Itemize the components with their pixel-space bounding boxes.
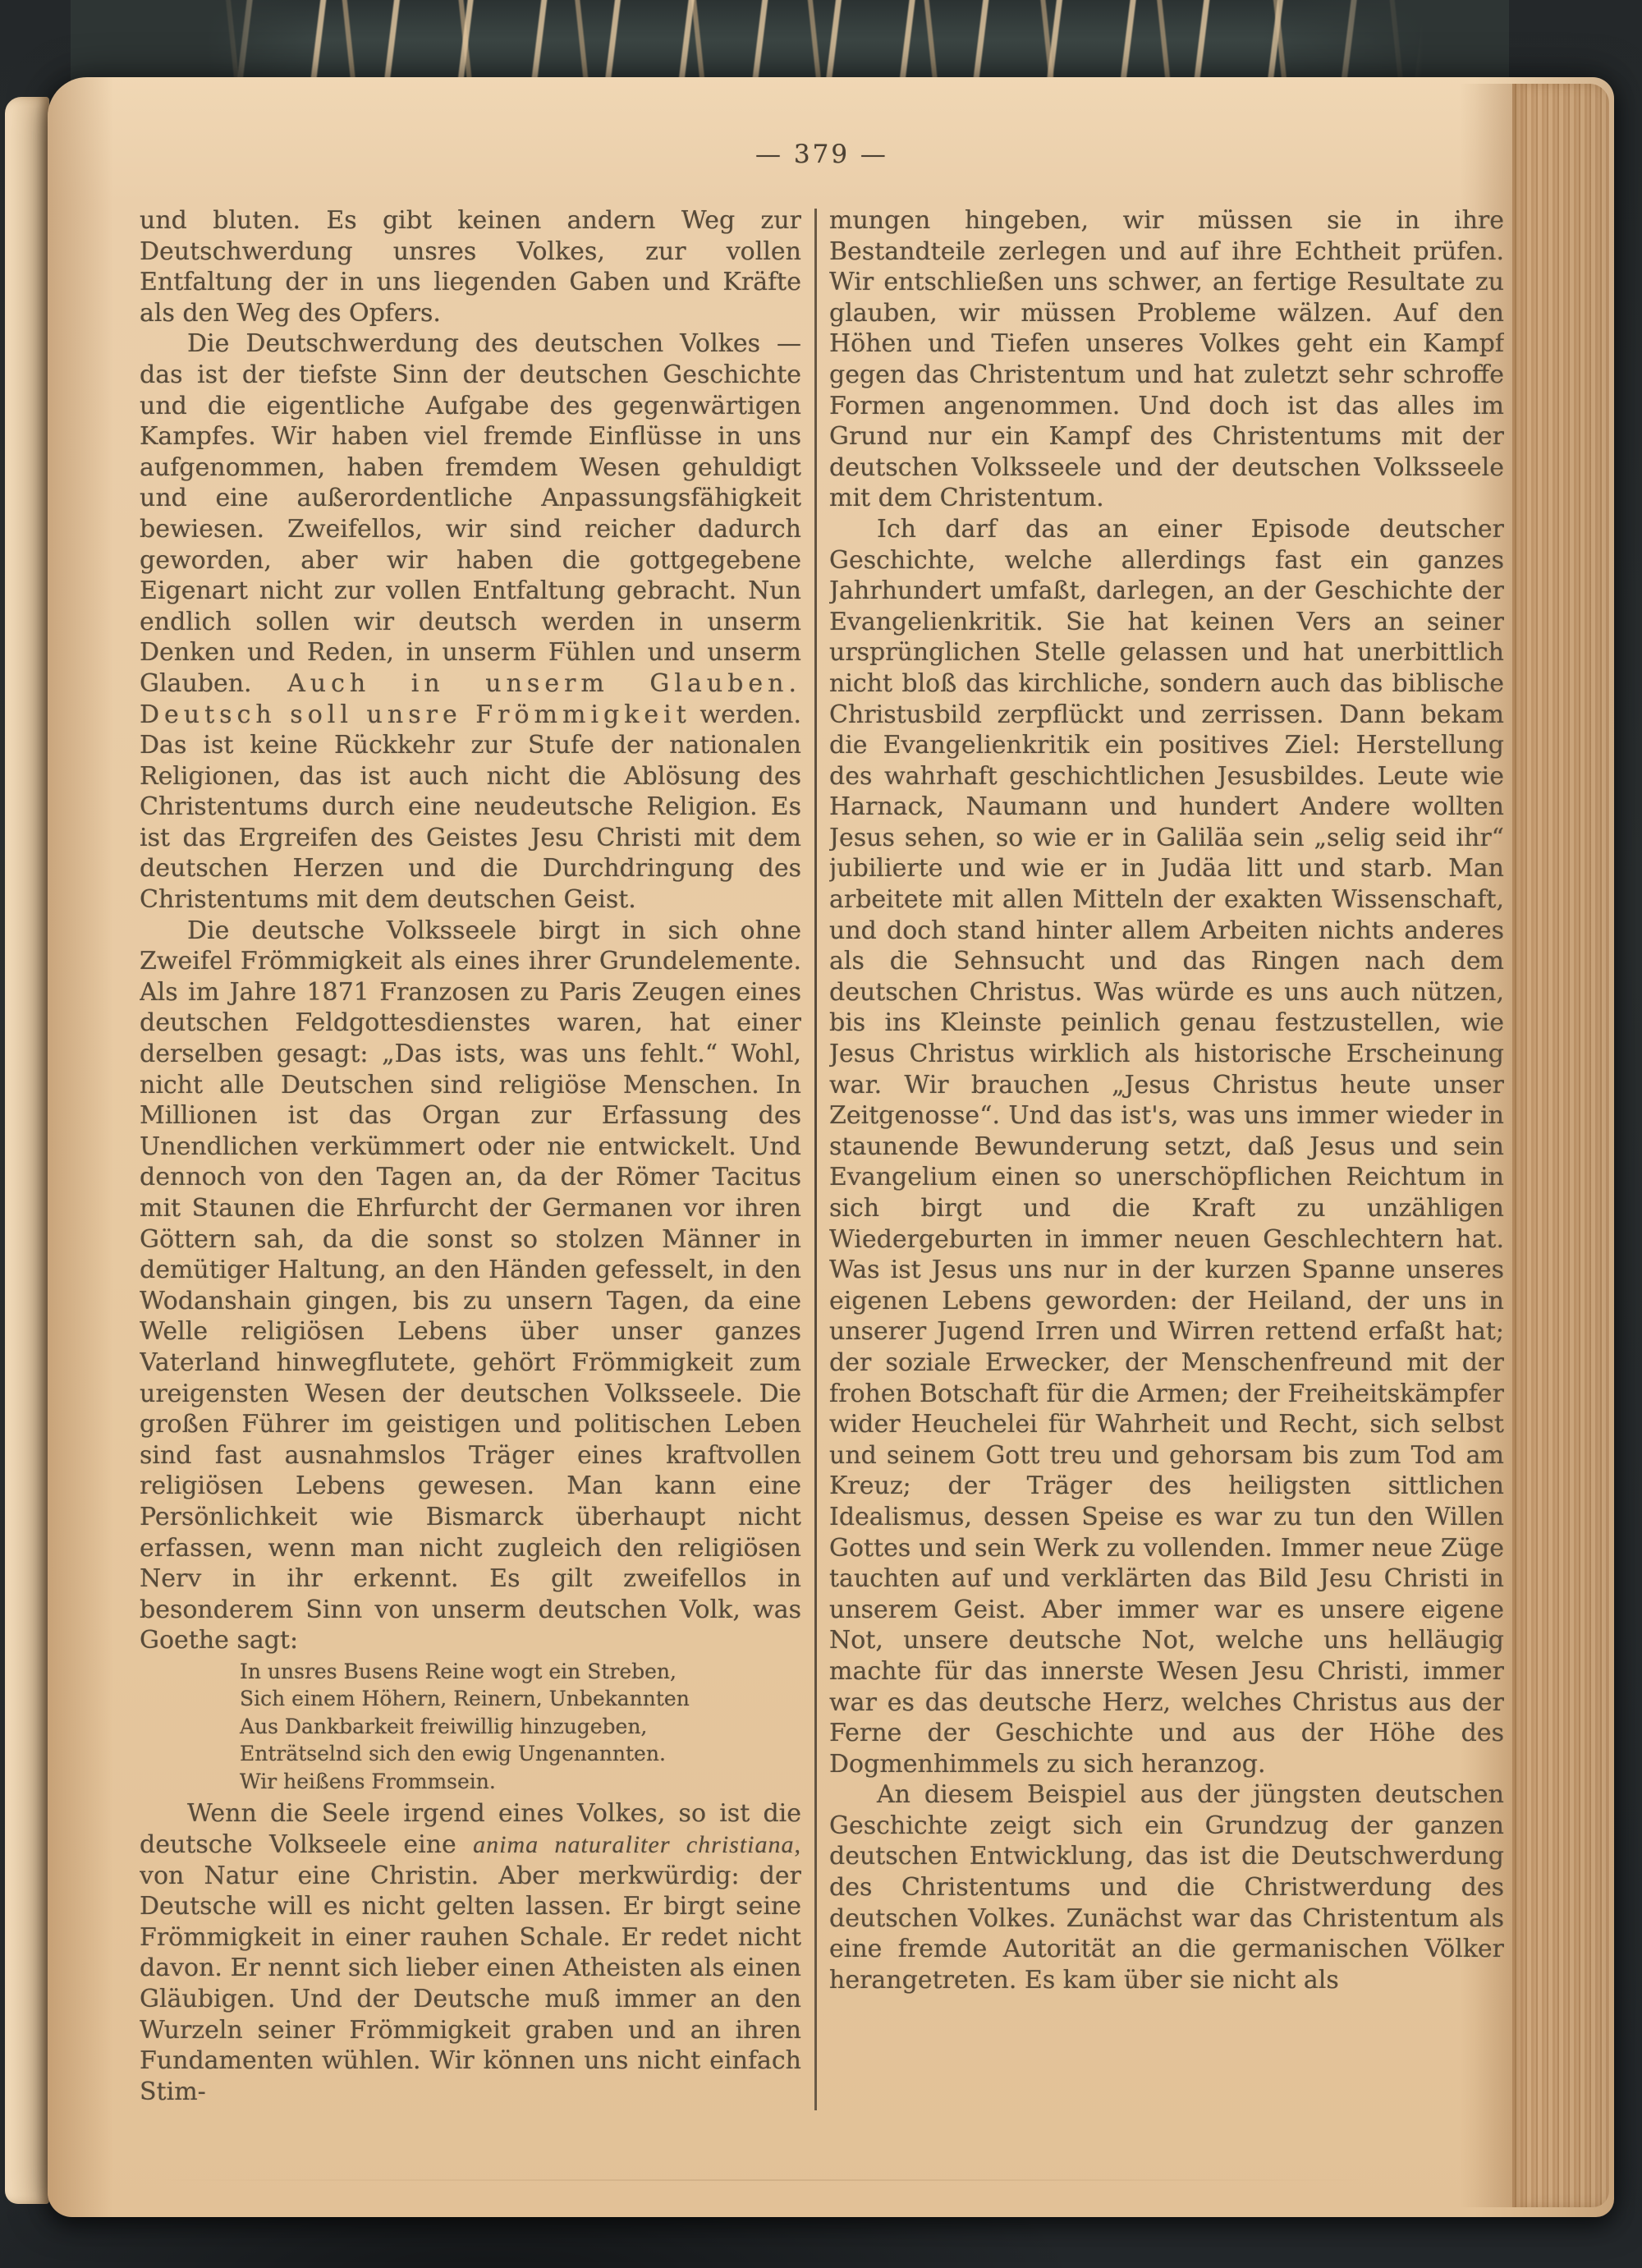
paragraph: An diesem Beispiel aus der jüngsten deut… <box>829 1779 1504 1995</box>
left-column: und bluten. Es gibt keinen andern Weg zu… <box>140 205 801 2112</box>
text-segment: mungen hingeben, wir müssen sie in ihre … <box>829 206 1504 512</box>
paragraph: Ich darf das an einer Episode deutscher … <box>829 514 1504 1779</box>
top-edge-shadow-right <box>1263 0 1509 87</box>
page-stack-fore-edge <box>1512 84 1609 2207</box>
page-number: — 379 — <box>674 140 970 169</box>
text-segment: Die Deutschwerdung des deutschen Volkes … <box>140 329 801 698</box>
verse-block: In unsres Busens Reine wogt ein Streben,… <box>240 1658 801 1796</box>
text-columns: und bluten. Es gibt keinen andern Weg zu… <box>140 205 1504 2112</box>
paragraph: und bluten. Es gibt keinen andern Weg zu… <box>140 205 801 328</box>
book-page: — 379 — und bluten. Es gibt keinen ander… <box>48 77 1614 2217</box>
text-segment: anima naturaliter christiana, <box>473 1831 801 1858</box>
paragraph: Wenn die Seele irgend eines Volkes, so i… <box>140 1798 801 2107</box>
verse-line: Wir heißens Frommsein. <box>240 1768 801 1796</box>
paragraph: Die deutsche Volksseele birgt in sich oh… <box>140 916 801 1656</box>
text-segment: Die deutsche Volksseele birgt in sich oh… <box>140 916 801 1655</box>
top-edge-shadow-left <box>71 0 317 87</box>
text-segment: Ich darf das an einer Episode deutscher … <box>829 515 1504 1779</box>
text-segment: werden. Das ist keine Rückkehr zur Stufe… <box>140 700 801 915</box>
text-segment: und bluten. Es gibt keinen andern Weg zu… <box>140 206 801 328</box>
verse-line: Sich einem Höhern, Reinern, Unbekannten <box>240 1685 801 1713</box>
previous-page-sliver <box>5 97 49 2204</box>
verse-line: In unsres Busens Reine wogt ein Streben, <box>240 1658 801 1686</box>
book-top-edge-marbling <box>71 0 1509 87</box>
paragraph: mungen hingeben, wir müssen sie in ihre … <box>829 205 1504 514</box>
printed-text-area: — 379 — und bluten. Es gibt keinen ander… <box>140 128 1504 2197</box>
right-column: mungen hingeben, wir müssen sie in ihre … <box>829 205 1504 2112</box>
verse-line: Enträtselnd sich den ewig Ungenannten. <box>240 1740 801 1768</box>
paragraph: Die Deutschwerdung des deutschen Volkes … <box>140 328 801 915</box>
text-segment: An diesem Beispiel aus der jüngsten deut… <box>829 1780 1504 1995</box>
text-segment: von Natur eine Christin. Aber merkwürdig… <box>140 1862 801 2106</box>
verse-line: Aus Dankbarkeit freiwillig hinzugeben, <box>240 1713 801 1741</box>
column-divider-rule <box>814 209 817 2110</box>
